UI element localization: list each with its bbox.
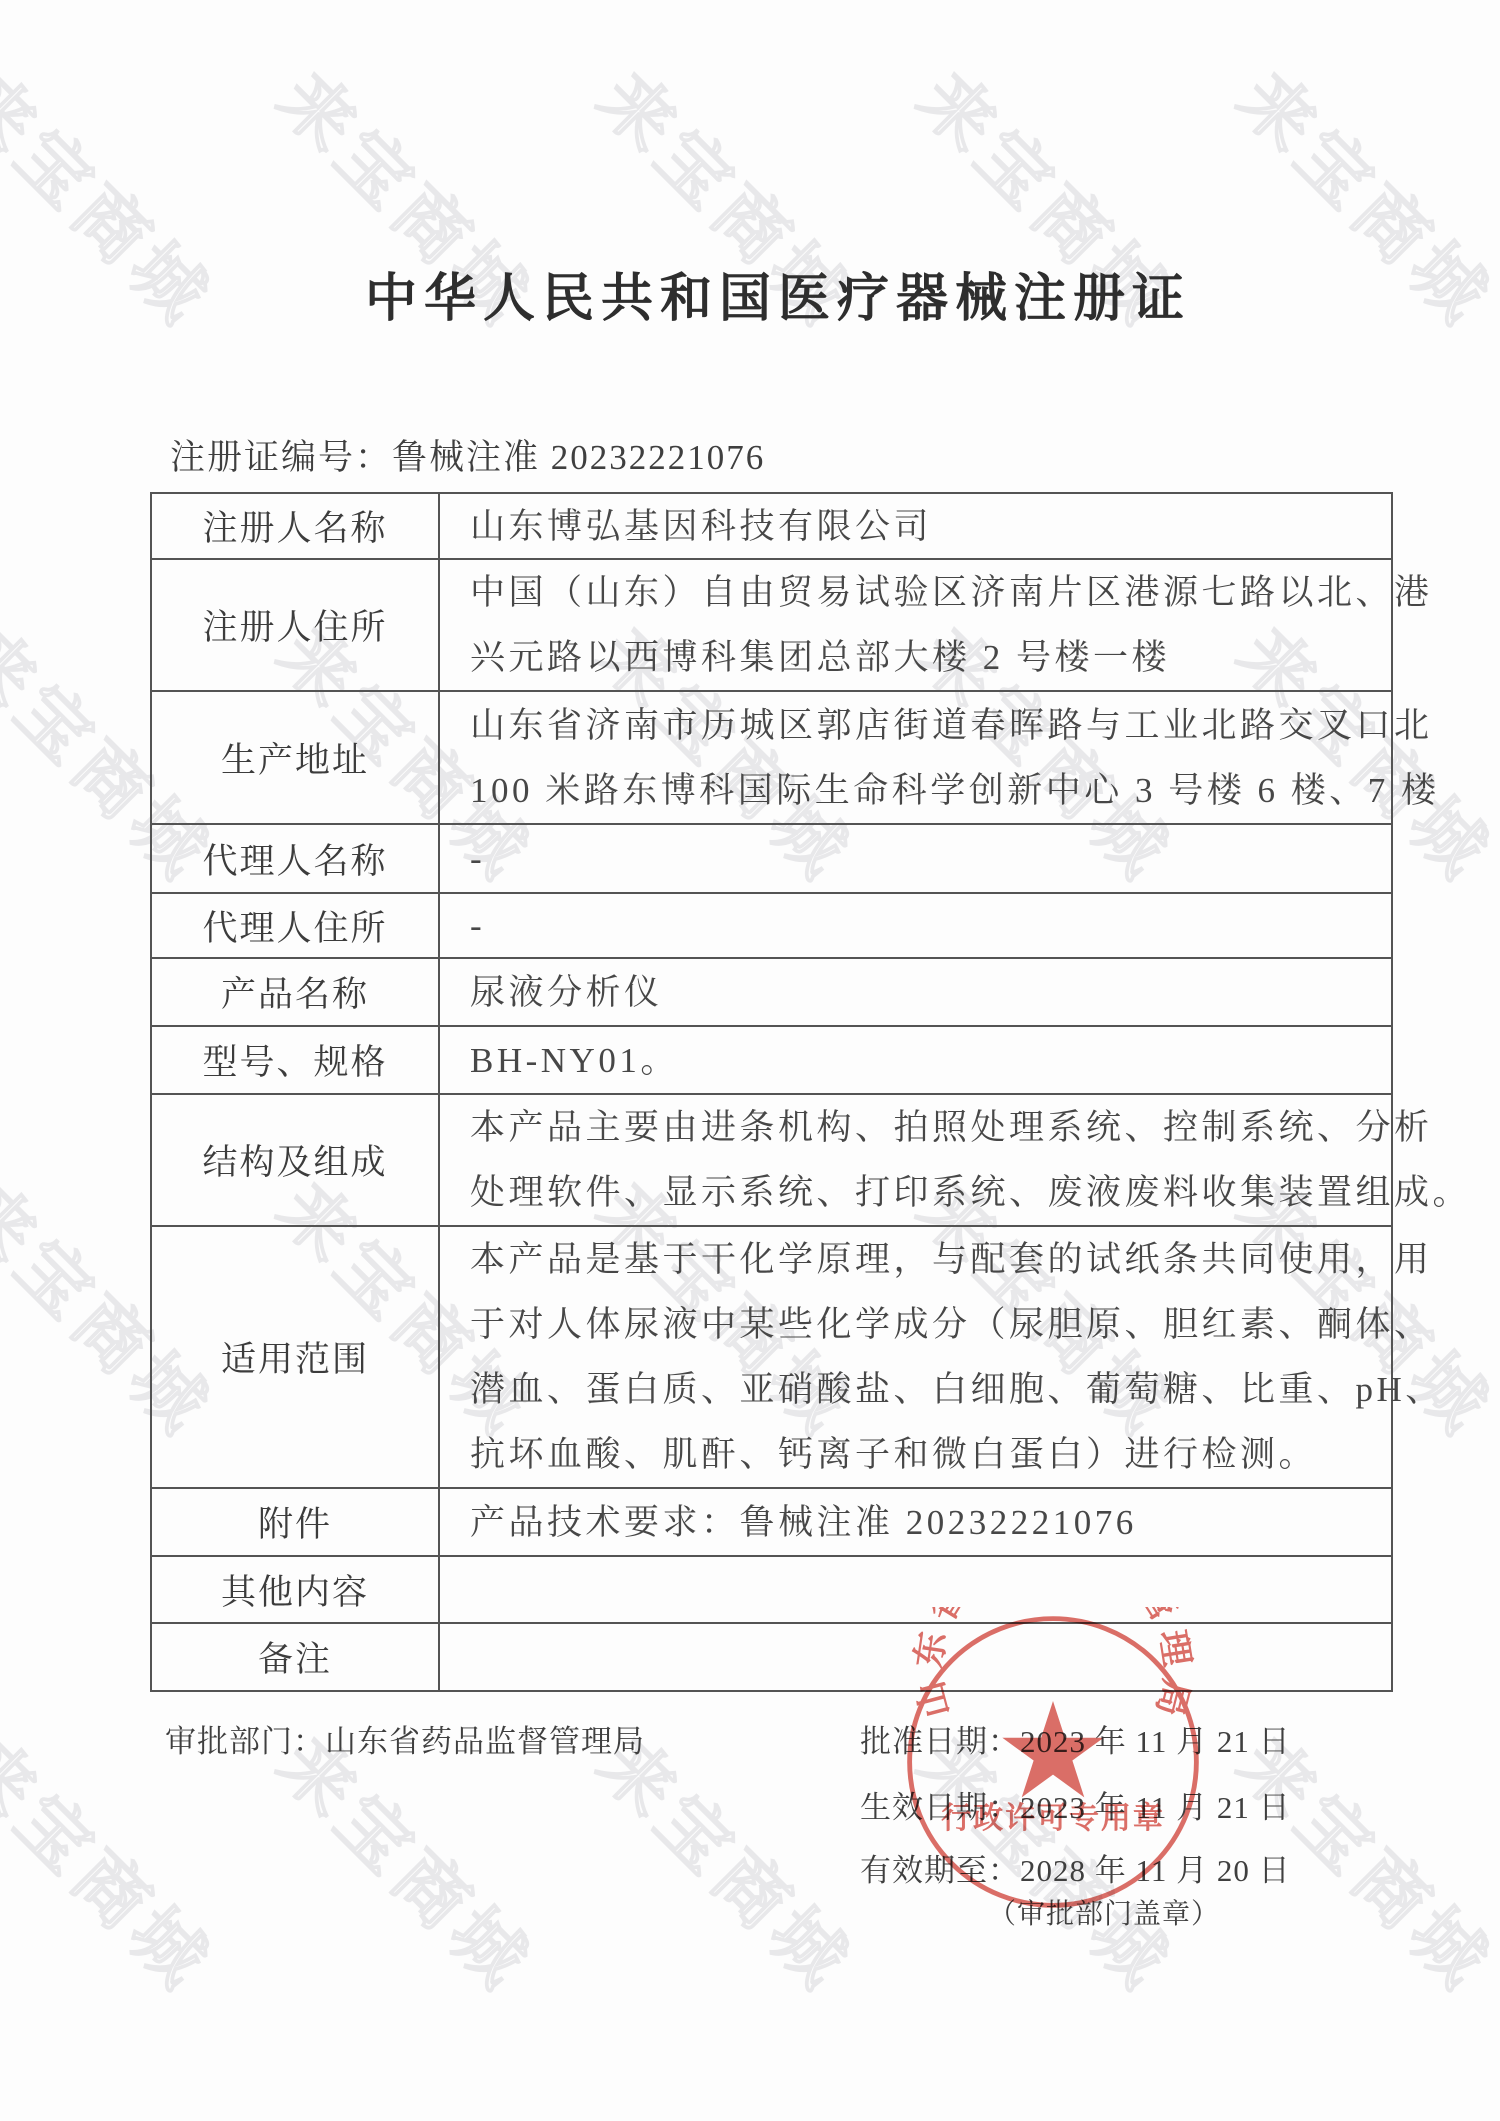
row-value: 本产品主要由进条机构、拍照处理系统、控制系统、分析 处理软件、显示系统、打印系统… (440, 1095, 1481, 1225)
page-title: 中华人民共和国医疗器械注册证 (28, 256, 1500, 331)
row-label: 代理人名称 (152, 825, 440, 892)
row-label: 附件 (152, 1489, 440, 1555)
registration-number-label: 注册证编号： (170, 438, 392, 477)
table-row: 生产地址 山东省济南市历城区郭店街道春晖路与工业北路交叉口北 100 米路东博科… (152, 692, 1391, 825)
row-value: 本产品是基于干化学原理，与配套的试纸条共同使用，用 于对人体尿液中某些化学成分（… (440, 1227, 1454, 1487)
row-value: 中国（山东）自由贸易试验区济南片区港源七路以北、港 兴元路以西博科集团总部大楼 … (440, 560, 1443, 690)
row-value: 山东博弘基因科技有限公司 (440, 494, 1391, 558)
row-value: - (440, 894, 1391, 957)
registration-number-line: 注册证编号：鲁械注准 20232221076 (170, 430, 765, 480)
row-label: 结构及组成 (152, 1095, 440, 1225)
row-label: 注册人名称 (152, 494, 440, 558)
row-value: 尿液分析仪 (440, 959, 1391, 1025)
table-row: 代理人住所 - (152, 894, 1391, 959)
row-label: 备注 (152, 1624, 440, 1690)
row-label: 其他内容 (152, 1557, 440, 1622)
official-seal: 山东省药品监督管理局 行政许可专用章 (898, 1607, 1208, 1917)
row-label: 产品名称 (152, 959, 440, 1025)
row-value: 产品技术要求：鲁械注准 20232221076 (440, 1489, 1391, 1555)
row-value: - (440, 825, 1391, 892)
row-label: 型号、规格 (152, 1027, 440, 1093)
seal-center-text: 行政许可专用章 (941, 1801, 1165, 1835)
certificate-table: 注册人名称 山东博弘基因科技有限公司 注册人住所 中国（山东）自由贸易试验区济南… (150, 492, 1393, 1692)
registration-number-value: 鲁械注准 20232221076 (392, 438, 765, 477)
table-row: 代理人名称 - (152, 825, 1391, 894)
table-row: 型号、规格 BH-NY01。 (152, 1027, 1391, 1095)
table-row: 附件 产品技术要求：鲁械注准 20232221076 (152, 1489, 1391, 1557)
row-label: 代理人住所 (152, 894, 440, 957)
row-value: 山东省济南市历城区郭店街道春晖路与工业北路交叉口北 100 米路东博科国际生命科… (440, 692, 1450, 823)
row-label: 注册人住所 (152, 560, 440, 690)
approval-department: 审批部门：山东省药品监督管理局 (165, 1716, 645, 1761)
table-row: 结构及组成 本产品主要由进条机构、拍照处理系统、控制系统、分析 处理软件、显示系… (152, 1095, 1391, 1227)
table-row: 产品名称 尿液分析仪 (152, 959, 1391, 1027)
table-row: 注册人名称 山东博弘基因科技有限公司 (152, 494, 1391, 560)
table-row: 适用范围 本产品是基于干化学原理，与配套的试纸条共同使用，用 于对人体尿液中某些… (152, 1227, 1391, 1489)
seal-star (1002, 1701, 1103, 1797)
row-value: BH-NY01。 (440, 1027, 1391, 1093)
certificate-page: 来宝商城来宝商城来宝商城来宝商城来宝商城来宝商城来宝商城来宝商城来宝商城来宝商城… (0, 0, 1500, 2121)
row-label: 适用范围 (152, 1227, 440, 1487)
table-row: 注册人住所 中国（山东）自由贸易试验区济南片区港源七路以北、港 兴元路以西博科集… (152, 560, 1391, 692)
row-label: 生产地址 (152, 692, 440, 823)
